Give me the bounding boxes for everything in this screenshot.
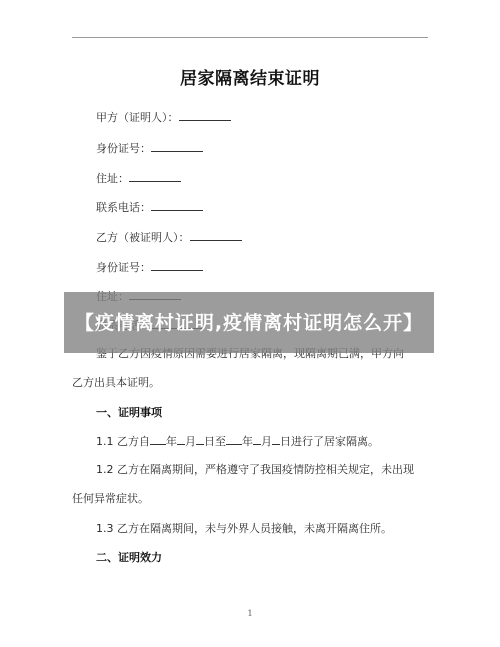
item-text: 1.1 乙方自 xyxy=(96,435,150,448)
overlay-title: 【疫情离村证明,疫情离村证明怎么开】 xyxy=(69,311,429,335)
blank-line xyxy=(190,230,242,241)
item-1-3: 1.3 乙方在隔离期间，未与外界人员接触，未离开隔离住所。 xyxy=(96,522,392,536)
item-1-1: 1.1 乙方自年月日至年月日进行了居家隔离。 xyxy=(96,434,379,449)
item-text: 日至 xyxy=(204,435,226,448)
field-party-a-id: 身份证号： xyxy=(96,141,203,156)
blank-line xyxy=(196,434,204,445)
item-1-2-line1: 1.2 乙方在隔离期间，严格遵守了我国疫情防控相关规定，未出现 xyxy=(96,463,414,477)
field-party-b-id: 身份证号： xyxy=(96,260,203,275)
blank-line xyxy=(177,434,185,445)
blank-line xyxy=(179,110,231,121)
blank-line xyxy=(253,434,261,445)
item-text: 日进行了居家隔离。 xyxy=(280,435,379,448)
field-party-a-phone: 联系电话： xyxy=(96,200,203,215)
intro-paragraph-line2: 乙方出具本证明。 xyxy=(72,376,160,390)
section-heading-1: 一、证明事项 xyxy=(96,406,162,420)
field-label: 身份证号： xyxy=(96,261,151,274)
header-divider xyxy=(72,37,428,38)
section-heading-2: 二、证明效力 xyxy=(96,551,162,565)
blank-line xyxy=(272,434,280,445)
blank-line xyxy=(129,171,181,182)
blank-line xyxy=(151,260,203,271)
field-party-a-address: 住址： xyxy=(96,171,181,186)
field-label: 联系电话： xyxy=(96,201,151,214)
item-text: 年 xyxy=(242,435,253,448)
field-label: 乙方（被证明人）： xyxy=(96,231,190,244)
field-party-a: 甲方（证明人）： xyxy=(96,110,231,125)
item-text: 月 xyxy=(261,435,272,448)
field-party-b: 乙方（被证明人）： xyxy=(96,230,242,245)
document-title: 居家隔离结束证明 xyxy=(0,64,500,89)
overlay-title-banner: 【疫情离村证明,疫情离村证明怎么开】 xyxy=(64,292,434,353)
blank-line xyxy=(151,141,203,152)
blank-line xyxy=(150,434,166,445)
field-label: 甲方（证明人）： xyxy=(96,111,179,124)
blank-line xyxy=(151,200,203,211)
item-text: 月 xyxy=(185,435,196,448)
blank-line xyxy=(226,434,242,445)
field-label: 身份证号： xyxy=(96,142,151,155)
field-label: 住址： xyxy=(96,172,129,185)
document-page: 居家隔离结束证明 甲方（证明人）： 身份证号： 住址： 联系电话： 乙方（被证明… xyxy=(0,0,500,647)
item-1-2-line2: 任何异常症状。 xyxy=(72,492,149,506)
page-number: 1 xyxy=(0,609,500,618)
item-text: 年 xyxy=(166,435,177,448)
